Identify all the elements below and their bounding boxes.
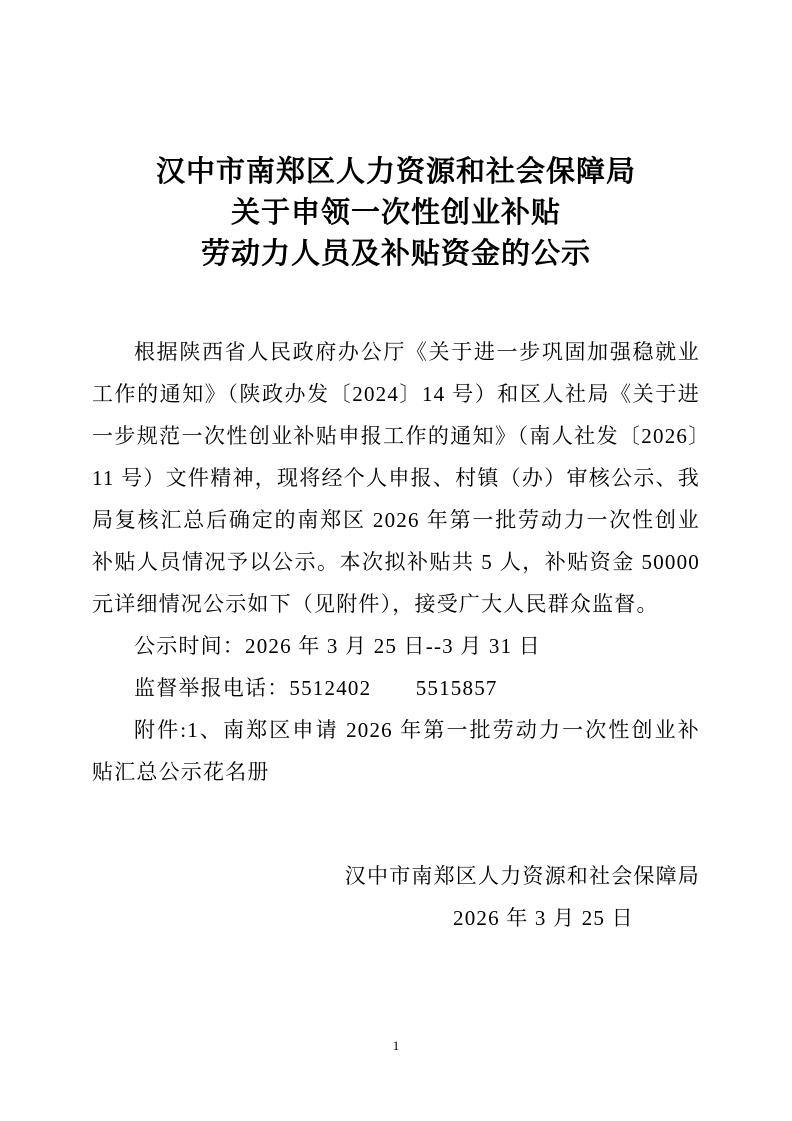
document-body: 根据陕西省人民政府办公厅《关于进一步巩固加强稳就业工作的通知》（陕政办发〔202… (92, 331, 700, 793)
document-title-line-2: 关于申领一次性创业补贴 (92, 193, 700, 234)
body-paragraph: 根据陕西省人民政府办公厅《关于进一步巩固加强稳就业工作的通知》（陕政办发〔202… (92, 331, 700, 625)
document-page: 汉中市南郑区人力资源和社会保障局 关于申领一次性创业补贴 劳动力人员及补贴资金的… (0, 0, 792, 1121)
document-content: 汉中市南郑区人力资源和社会保障局 关于申领一次性创业补贴 劳动力人员及补贴资金的… (92, 152, 700, 939)
document-title-line-1: 汉中市南郑区人力资源和社会保障局 (92, 152, 700, 193)
signature-date: 2026 年 3 月 25 日 (345, 897, 700, 939)
document-title: 汉中市南郑区人力资源和社会保障局 关于申领一次性创业补贴 劳动力人员及补贴资金的… (92, 152, 700, 275)
document-title-line-3: 劳动力人员及补贴资金的公示 (92, 234, 700, 275)
report-phone-line: 监督举报电话：5512402 5515857 (92, 667, 700, 709)
signature-org: 汉中市南郑区人力资源和社会保障局 (345, 855, 700, 897)
signature-block: 汉中市南郑区人力资源和社会保障局 2026 年 3 月 25 日 (345, 855, 700, 939)
publicity-period-line: 公示时间：2026 年 3 月 25 日--3 月 31 日 (92, 625, 700, 667)
page-number: 1 (0, 1038, 792, 1054)
attachment-line: 附件:1、南郑区申请 2026 年第一批劳动力一次性创业补贴汇总公示花名册 (92, 709, 700, 793)
